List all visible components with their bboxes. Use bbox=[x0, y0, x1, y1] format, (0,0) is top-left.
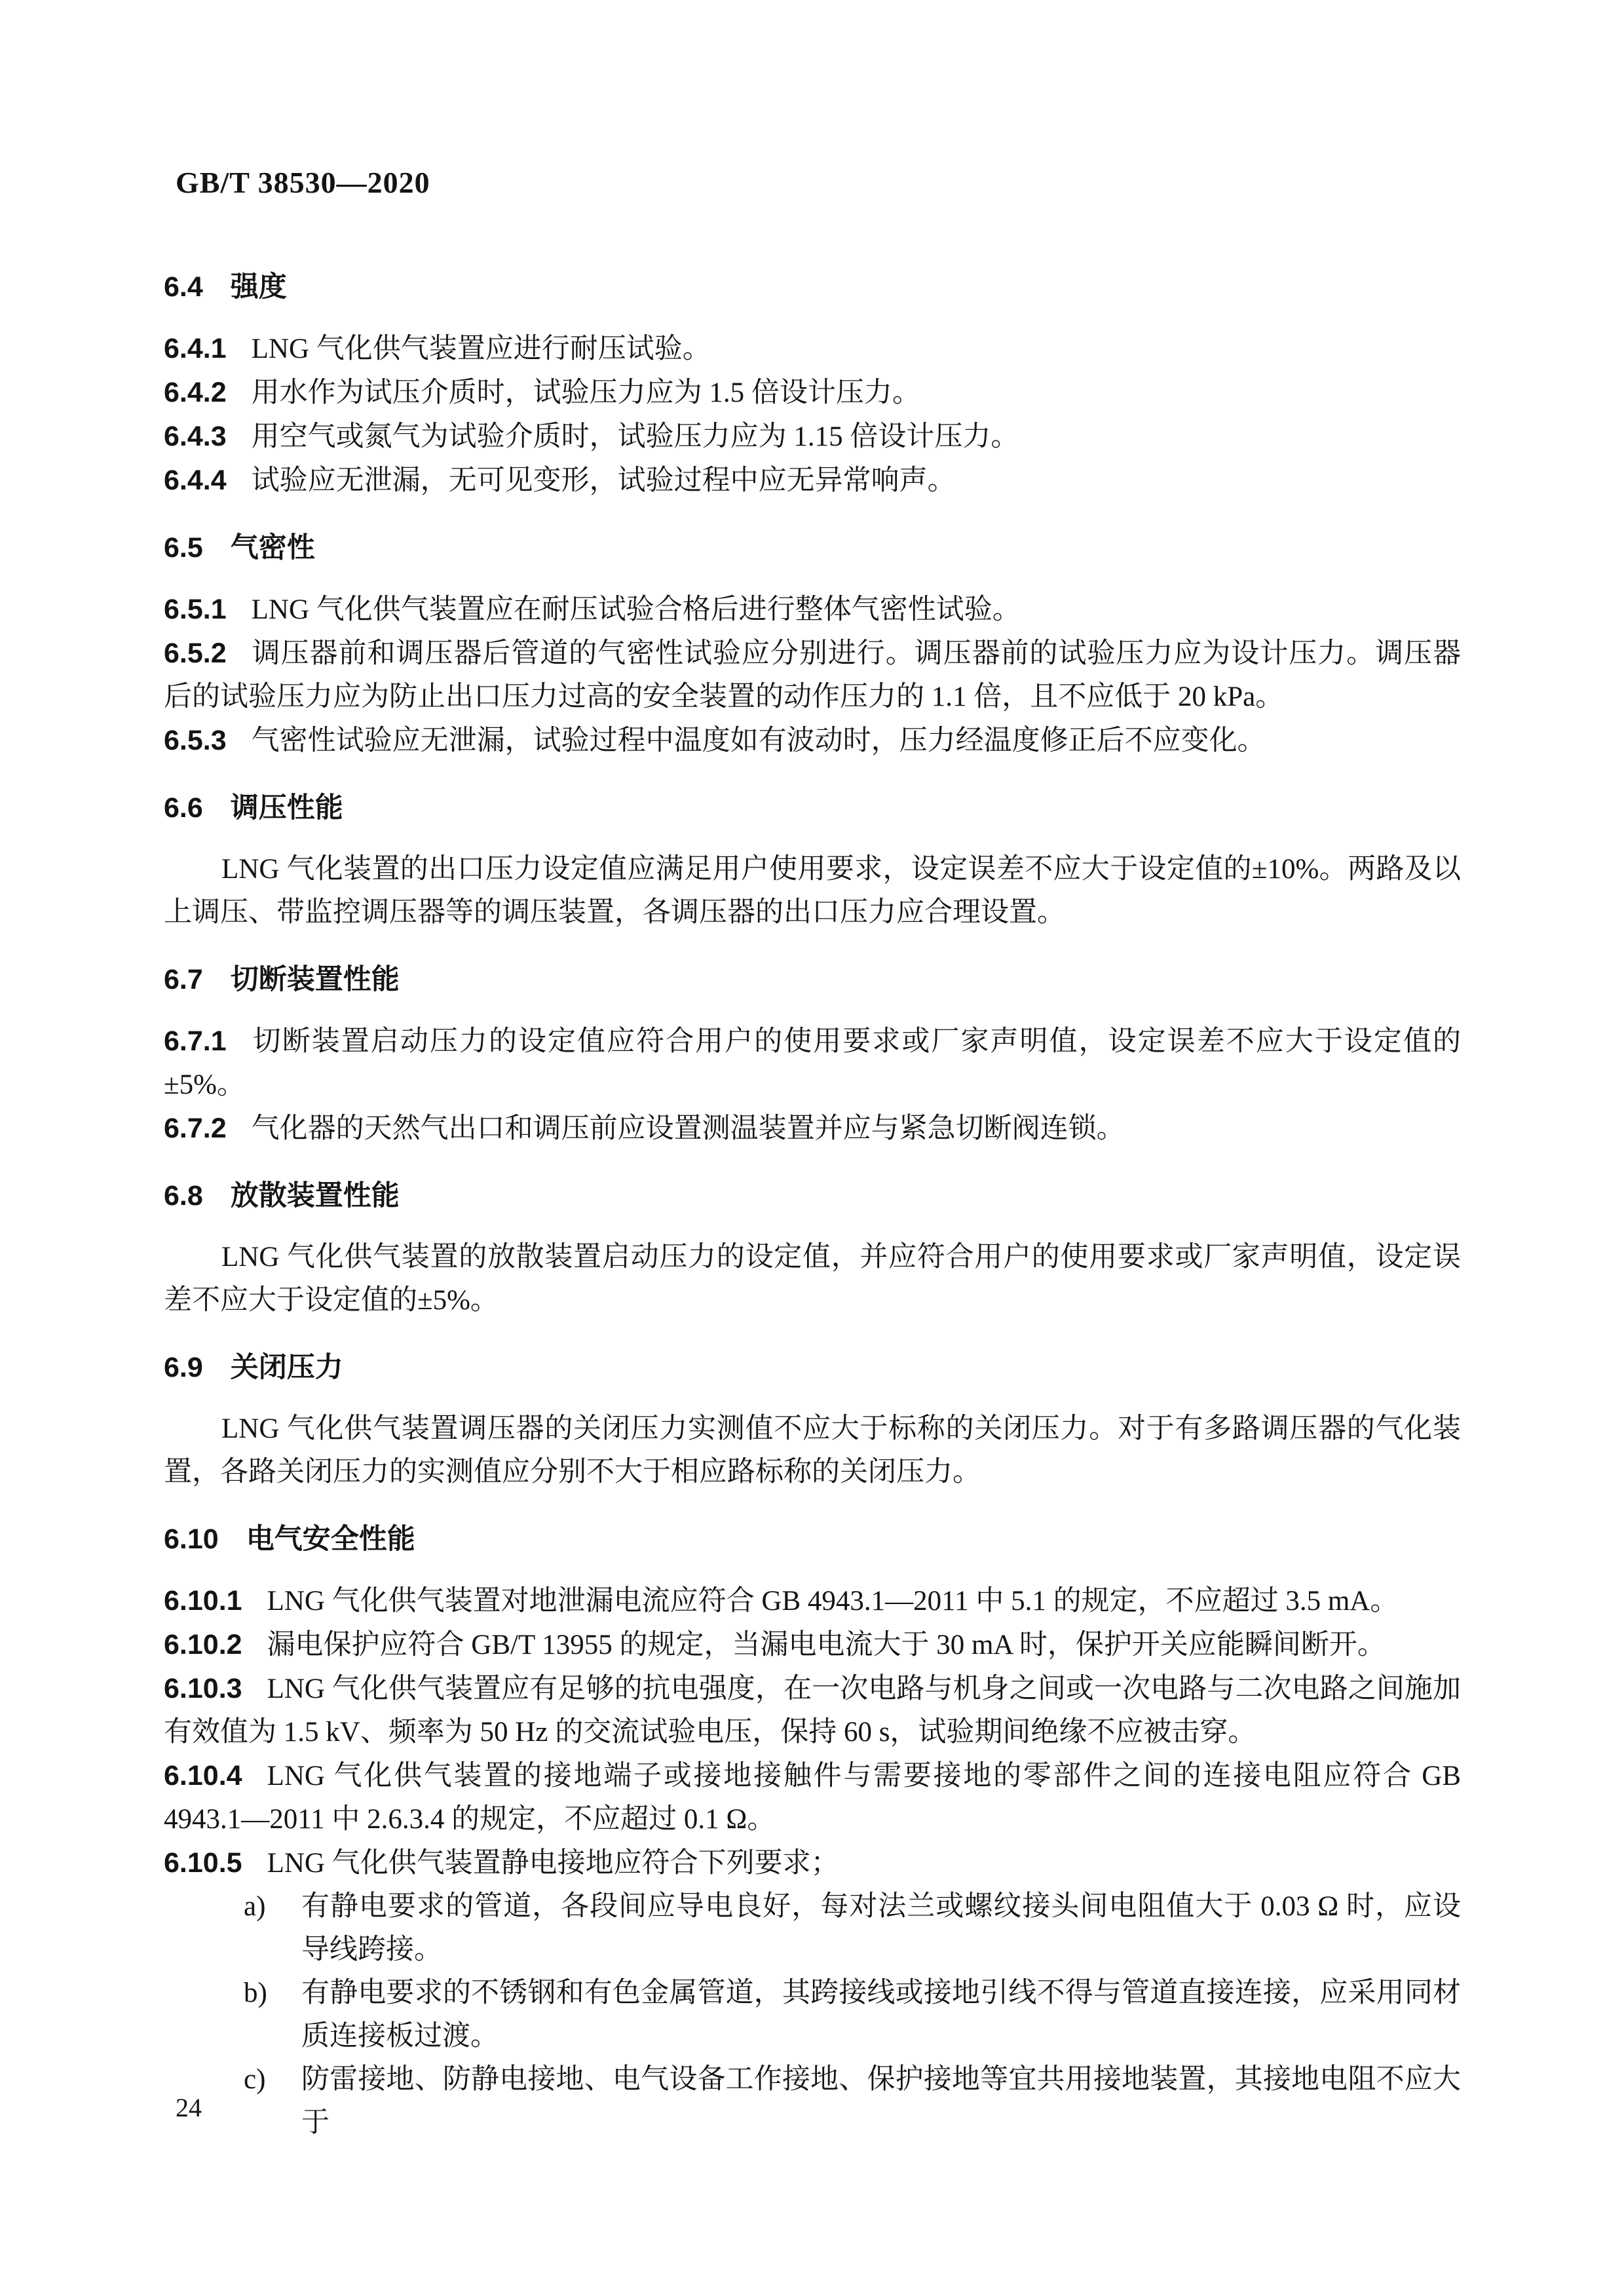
clause: 6.4.2用水作为试压介质时，试验压力应为 1.5 倍设计压力。 bbox=[164, 371, 1461, 415]
clause-text: 用水作为试压介质时，试验压力应为 1.5 倍设计压力。 bbox=[252, 377, 920, 408]
clause: 6.10.3LNG 气化供气装置应有足够的抗电强度，在一次电路与机身之间或一次电… bbox=[164, 1667, 1461, 1754]
section-paragraph: LNG 气化装置的出口压力设定值应满足用户使用要求，设定误差不应大于设定值的±1… bbox=[164, 848, 1461, 934]
clause-number: 6.7.2 bbox=[164, 1113, 227, 1144]
clause: 6.5.1LNG 气化供气装置应在耐压试验合格后进行整体气密性试验。 bbox=[164, 588, 1461, 632]
clause: 6.10.1LNG 气化供气装置对地泄漏电流应符合 GB 4943.1—2011… bbox=[164, 1579, 1461, 1623]
list-item: c) 防雷接地、防静电接地、电气设备工作接地、保护接地等宜共用接地装置，其接地电… bbox=[164, 2058, 1461, 2145]
section-heading: 6.10电气安全性能 bbox=[164, 1518, 1461, 1561]
section-number: 6.5 bbox=[164, 532, 203, 564]
section-heading: 6.9关闭压力 bbox=[164, 1346, 1461, 1389]
clause-text: LNG 气化供气装置对地泄漏电流应符合 GB 4943.1—2011 中 5.1… bbox=[267, 1586, 1399, 1617]
clause-number: 6.4.1 bbox=[164, 333, 227, 364]
clause-number: 6.5.2 bbox=[164, 638, 227, 669]
clause-text: LNG 气化供气装置静电接地应符合下列要求； bbox=[267, 1848, 839, 1879]
list-item-text: 有静电要求的不锈钢和有色金属管道，其跨接线或接地引线不得与管道直接连接，应采用同… bbox=[301, 1978, 1461, 2052]
section-number: 6.9 bbox=[164, 1352, 203, 1383]
clause: 6.4.3用空气或氮气为试验介质时，试验压力应为 1.15 倍设计压力。 bbox=[164, 415, 1461, 459]
clause-number: 6.4.2 bbox=[164, 377, 227, 408]
section-title: 电气安全性能 bbox=[246, 1523, 415, 1555]
clause: 6.7.2气化器的天然气出口和调压前应设置测温装置并应与紧急切断阀连锁。 bbox=[164, 1107, 1461, 1151]
clause-number: 6.10.2 bbox=[164, 1629, 242, 1660]
clause-text: LNG 气化供气装置应有足够的抗电强度，在一次电路与机身之间或一次电路与二次电路… bbox=[164, 1674, 1461, 1748]
clause-number: 6.5.3 bbox=[164, 725, 227, 756]
clause-text: 试验应无泄漏，无可见变形，试验过程中应无异常响声。 bbox=[252, 465, 956, 496]
page-number: 24 bbox=[176, 2092, 202, 2124]
section-heading: 6.8放散装置性能 bbox=[164, 1174, 1461, 1217]
clause-number: 6.10.4 bbox=[164, 1760, 242, 1791]
section-heading: 6.5气密性 bbox=[164, 526, 1461, 569]
section-number: 6.8 bbox=[164, 1180, 203, 1212]
clause-number: 6.10.5 bbox=[164, 1847, 242, 1879]
list-item: b) 有静电要求的不锈钢和有色金属管道，其跨接线或接地引线不得与管道直接连接，应… bbox=[164, 1972, 1461, 2058]
clause: 6.10.5LNG 气化供气装置静电接地应符合下列要求； bbox=[164, 1841, 1461, 1885]
list-item-label: c) bbox=[244, 2058, 265, 2101]
list-item-label: a) bbox=[244, 1885, 265, 1928]
clause: 6.10.2漏电保护应符合 GB/T 13955 的规定，当漏电电流大于 30 … bbox=[164, 1623, 1461, 1667]
clause: 6.10.4LNG 气化供气装置的接地端子或接地接触件与需要接地的零部件之间的连… bbox=[164, 1754, 1461, 1841]
section-number: 6.7 bbox=[164, 964, 203, 995]
clause-number: 6.4.4 bbox=[164, 465, 227, 496]
clause-text: LNG 气化供气装置的接地端子或接地接触件与需要接地的零部件之间的连接电阻应符合… bbox=[164, 1761, 1461, 1835]
section-heading: 6.6调压性能 bbox=[164, 786, 1461, 830]
clause-text: 调压器前和调压器后管道的气密性试验应分别进行。调压器前的试验压力应为设计压力。调… bbox=[164, 638, 1461, 712]
clause: 6.4.1LNG 气化供气装置应进行耐压试验。 bbox=[164, 327, 1461, 371]
section-number: 6.10 bbox=[164, 1523, 219, 1555]
section-paragraph: LNG 气化供气装置调压器的关闭压力实测值不应大于标称的关闭压力。对于有多路调压… bbox=[164, 1407, 1461, 1494]
clause-number: 6.10.3 bbox=[164, 1673, 242, 1704]
list-item-text: 有静电要求的管道，各段间应导电良好，每对法兰或螺纹接头间电阻值大于 0.03 Ω… bbox=[301, 1891, 1461, 1965]
clause-text: LNG 气化供气装置应进行耐压试验。 bbox=[252, 334, 711, 364]
section-number: 6.4 bbox=[164, 271, 203, 303]
clause-text: 用空气或氮气为试验介质时，试验压力应为 1.15 倍设计压力。 bbox=[252, 421, 1019, 452]
section-title: 切断装置性能 bbox=[231, 964, 400, 995]
clause-number: 6.4.3 bbox=[164, 421, 227, 452]
list-item-text: 防雷接地、防静电接地、电气设备工作接地、保护接地等宜共用接地装置，其接地电阻不应… bbox=[301, 2064, 1461, 2138]
section-title: 强度 bbox=[231, 271, 287, 303]
section-title: 关闭压力 bbox=[231, 1352, 343, 1383]
page-content: 6.4强度 6.4.1LNG 气化供气装置应进行耐压试验。 6.4.2用水作为试… bbox=[0, 0, 1624, 2145]
section-paragraph: LNG 气化供气装置的放散装置启动压力的设定值，并应符合用户的使用要求或厂家声明… bbox=[164, 1236, 1461, 1322]
clause: 6.4.4试验应无泄漏，无可见变形，试验过程中应无异常响声。 bbox=[164, 459, 1461, 503]
clause-text: 气密性试验应无泄漏，试验过程中温度如有波动时，压力经温度修正后不应变化。 bbox=[252, 725, 1266, 756]
clause-number: 6.5.1 bbox=[164, 594, 227, 625]
clause-number: 6.10.1 bbox=[164, 1585, 242, 1617]
list-item: a) 有静电要求的管道，各段间应导电良好，每对法兰或螺纹接头间电阻值大于 0.0… bbox=[164, 1885, 1461, 1972]
section-heading: 6.7切断装置性能 bbox=[164, 958, 1461, 1001]
clause-text: 气化器的天然气出口和调压前应设置测温装置并应与紧急切断阀连锁。 bbox=[252, 1113, 1125, 1144]
section-heading: 6.4强度 bbox=[164, 265, 1461, 309]
section-title: 调压性能 bbox=[231, 792, 343, 824]
clause: 6.5.2调压器前和调压器后管道的气密性试验应分别进行。调压器前的试验压力应为设… bbox=[164, 632, 1461, 719]
section-title: 放散装置性能 bbox=[231, 1180, 400, 1212]
clause-text: 漏电保护应符合 GB/T 13955 的规定，当漏电电流大于 30 mA 时，保… bbox=[267, 1630, 1386, 1660]
section-number: 6.6 bbox=[164, 792, 203, 824]
clause: 6.5.3气密性试验应无泄漏，试验过程中温度如有波动时，压力经温度修正后不应变化… bbox=[164, 719, 1461, 763]
clause-text: LNG 气化供气装置应在耐压试验合格后进行整体气密性试验。 bbox=[252, 594, 1021, 625]
list-item-label: b) bbox=[244, 1972, 267, 2015]
standard-document-page: GB/T 38530—2020 6.4强度 6.4.1LNG 气化供气装置应进行… bbox=[0, 0, 1624, 2296]
clause: 6.7.1切断装置启动压力的设定值应符合用户的使用要求或厂家声明值，设定误差不应… bbox=[164, 1020, 1461, 1107]
clause-text: 切断装置启动压力的设定值应符合用户的使用要求或厂家声明值，设定误差不应大于设定值… bbox=[164, 1026, 1461, 1100]
clause-number: 6.7.1 bbox=[164, 1025, 227, 1057]
section-title: 气密性 bbox=[231, 532, 315, 564]
